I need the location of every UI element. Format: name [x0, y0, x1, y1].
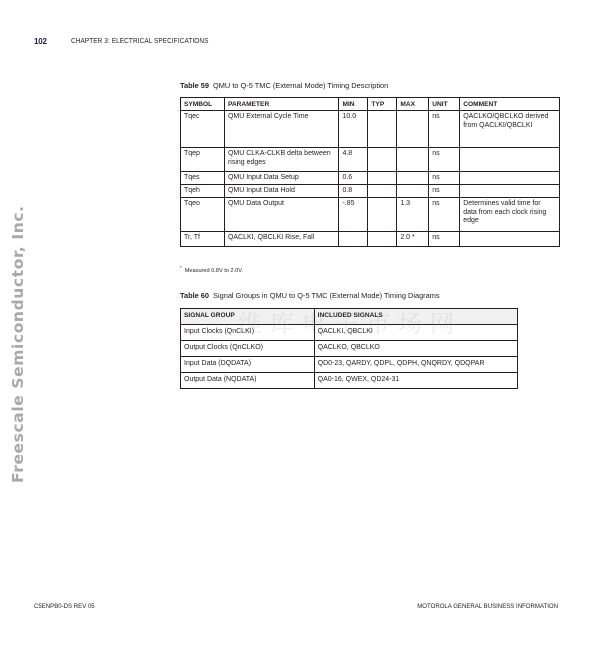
max-cell: 1.3 [397, 198, 429, 232]
typ-cell [368, 172, 397, 185]
column-header: SIGNAL GROUP [181, 309, 315, 325]
typ-cell [368, 232, 397, 247]
min-cell: 10.0 [339, 111, 368, 148]
symbol-cell: Tqec [181, 111, 225, 148]
symbol-cell: Tr, Tf [181, 232, 225, 247]
symbol-cell: Tqeh [181, 185, 225, 198]
column-header: TYP [368, 98, 397, 111]
signal-group-cell: Input Data (DQDATA) [181, 357, 315, 373]
min-cell: 0.8 [339, 185, 368, 198]
comment-cell: QACLKO/QBCLKO derived from QACLKI/QBCLKI [460, 111, 560, 148]
included-signals-cell: QD0-23, QARDY, QDPL, QDPH, QNQRDY, QDQPA… [314, 357, 517, 373]
side-watermark: Freescale Semiconductor, Inc. [9, 173, 27, 483]
max-cell [397, 111, 429, 148]
signal-group-cell: Output Data (NQDATA) [181, 373, 315, 389]
column-header: MIN [339, 98, 368, 111]
comment-cell [460, 185, 560, 198]
unit-cell: ns [429, 172, 460, 185]
table-row: Tqep QMU CLKA-CLKB delta between rising … [181, 148, 560, 172]
typ-cell [368, 148, 397, 172]
page-number: 102 [34, 37, 47, 46]
unit-cell: ns [429, 232, 460, 247]
unit-cell: ns [429, 111, 460, 148]
table-row: Tqec QMU External Cycle Time 10.0 ns QAC… [181, 111, 560, 148]
parameter-cell: QMU Input Data Hold [224, 185, 339, 198]
table-row: Tqes QMU Input Data Setup 0.6 ns [181, 172, 560, 185]
table59-label: Table 59 [180, 81, 209, 90]
table-row: Output Data (NQDATA) QA0-16, QWEX, QD24-… [181, 373, 518, 389]
chapter-heading: CHAPTER 3: ELECTRICAL SPECIFICATIONS [71, 38, 209, 45]
typ-cell [368, 198, 397, 232]
max-cell [397, 172, 429, 185]
unit-cell: ns [429, 185, 460, 198]
table-row: Tqeh QMU Input Data Hold 0.8 ns [181, 185, 560, 198]
comment-cell [460, 232, 560, 247]
signal-groups-table: SIGNAL GROUP INCLUDED SIGNALS Input Cloc… [180, 308, 518, 389]
document-id: C5ENPB0-DS REV 05 [34, 603, 95, 610]
parameter-cell: QMU Data Output [224, 198, 339, 232]
column-header: MAX [397, 98, 429, 111]
max-cell [397, 185, 429, 198]
parameter-cell: QMU Input Data Setup [224, 172, 339, 185]
table60-caption: Table 60Signal Groups in QMU to Q-5 TMC … [180, 291, 440, 300]
typ-cell [368, 185, 397, 198]
table-header-row: SYMBOL PARAMETER MIN TYP MAX UNIT COMMEN… [181, 98, 560, 111]
column-header: SYMBOL [181, 98, 225, 111]
parameter-cell: QMU External Cycle Time [224, 111, 339, 148]
table-row: Input Clocks (QnCLKI) QACLKI, QBCLKI [181, 325, 518, 341]
footnote-mark: * [180, 265, 182, 270]
table-header-row: SIGNAL GROUP INCLUDED SIGNALS [181, 309, 518, 325]
column-header: INCLUDED SIGNALS [314, 309, 517, 325]
column-header: PARAMETER [224, 98, 339, 111]
table60-label: Table 60 [180, 291, 209, 300]
table-row: Output Clocks (QnCLKO) QACLKO, QBCLKO [181, 341, 518, 357]
comment-cell: Determines valid time for data from each… [460, 198, 560, 232]
symbol-cell: Tqes [181, 172, 225, 185]
column-header: COMMENT [460, 98, 560, 111]
comment-cell [460, 172, 560, 185]
table59-caption: Table 59QMU to Q-5 TMC (External Mode) T… [180, 81, 388, 90]
parameter-cell: QMU CLKA-CLKB delta between rising edges [224, 148, 339, 172]
timing-description-table: SYMBOL PARAMETER MIN TYP MAX UNIT COMMEN… [180, 97, 560, 247]
table-row: Input Data (DQDATA) QD0-23, QARDY, QDPL,… [181, 357, 518, 373]
column-header: UNIT [429, 98, 460, 111]
included-signals-cell: QACLKO, QBCLKO [314, 341, 517, 357]
footnote-text: Measured 0.8V to 2.0V. [185, 268, 243, 274]
max-cell: 2.0 * [397, 232, 429, 247]
typ-cell [368, 111, 397, 148]
signal-group-cell: Output Clocks (QnCLKO) [181, 341, 315, 357]
symbol-cell: Tqeo [181, 198, 225, 232]
signal-group-cell: Input Clocks (QnCLKI) [181, 325, 315, 341]
symbol-cell: Tqep [181, 148, 225, 172]
table-row: Tr, Tf QACLKI, QBCLKI Rise, Fall 2.0 * n… [181, 232, 560, 247]
unit-cell: ns [429, 198, 460, 232]
unit-cell: ns [429, 148, 460, 172]
comment-cell [460, 148, 560, 172]
min-cell: -.85 [339, 198, 368, 232]
included-signals-cell: QACLKI, QBCLKI [314, 325, 517, 341]
max-cell [397, 148, 429, 172]
table59-footnote: *Measured 0.8V to 2.0V. [180, 265, 243, 274]
table-row: Tqeo QMU Data Output -.85 1.3 ns Determi… [181, 198, 560, 232]
table59-title: QMU to Q-5 TMC (External Mode) Timing De… [213, 81, 388, 90]
table60-title: Signal Groups in QMU to Q-5 TMC (Externa… [213, 291, 440, 300]
parameter-cell: QACLKI, QBCLKI Rise, Fall [224, 232, 339, 247]
included-signals-cell: QA0-16, QWEX, QD24-31 [314, 373, 517, 389]
min-cell: 4.8 [339, 148, 368, 172]
min-cell [339, 232, 368, 247]
classification-notice: MOTOROLA GENERAL BUSINESS INFORMATION [417, 603, 558, 610]
min-cell: 0.6 [339, 172, 368, 185]
